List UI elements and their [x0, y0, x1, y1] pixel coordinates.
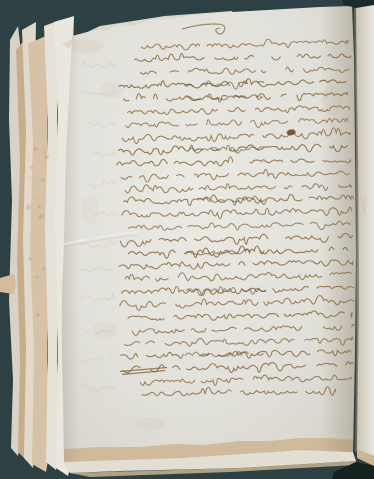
manuscript-photo [0, 0, 374, 479]
foxing-dot [29, 177, 31, 179]
foxing-dot [37, 198, 39, 200]
foxing-dot [30, 166, 33, 169]
foxing-dot [41, 178, 45, 182]
foxing-dot [44, 155, 49, 160]
foxing-dot [37, 205, 41, 209]
foxing-dot [36, 276, 39, 279]
foxing-dot [36, 313, 40, 317]
foxing-dot [38, 214, 43, 219]
foxing-dot [26, 205, 31, 210]
foxing-dot [43, 151, 46, 154]
foxing-dot [28, 257, 31, 260]
foxing-dot [42, 267, 45, 270]
facing-page-sliver [356, 4, 374, 456]
foxing-dot [34, 147, 38, 151]
paper-grain [56, 4, 358, 466]
